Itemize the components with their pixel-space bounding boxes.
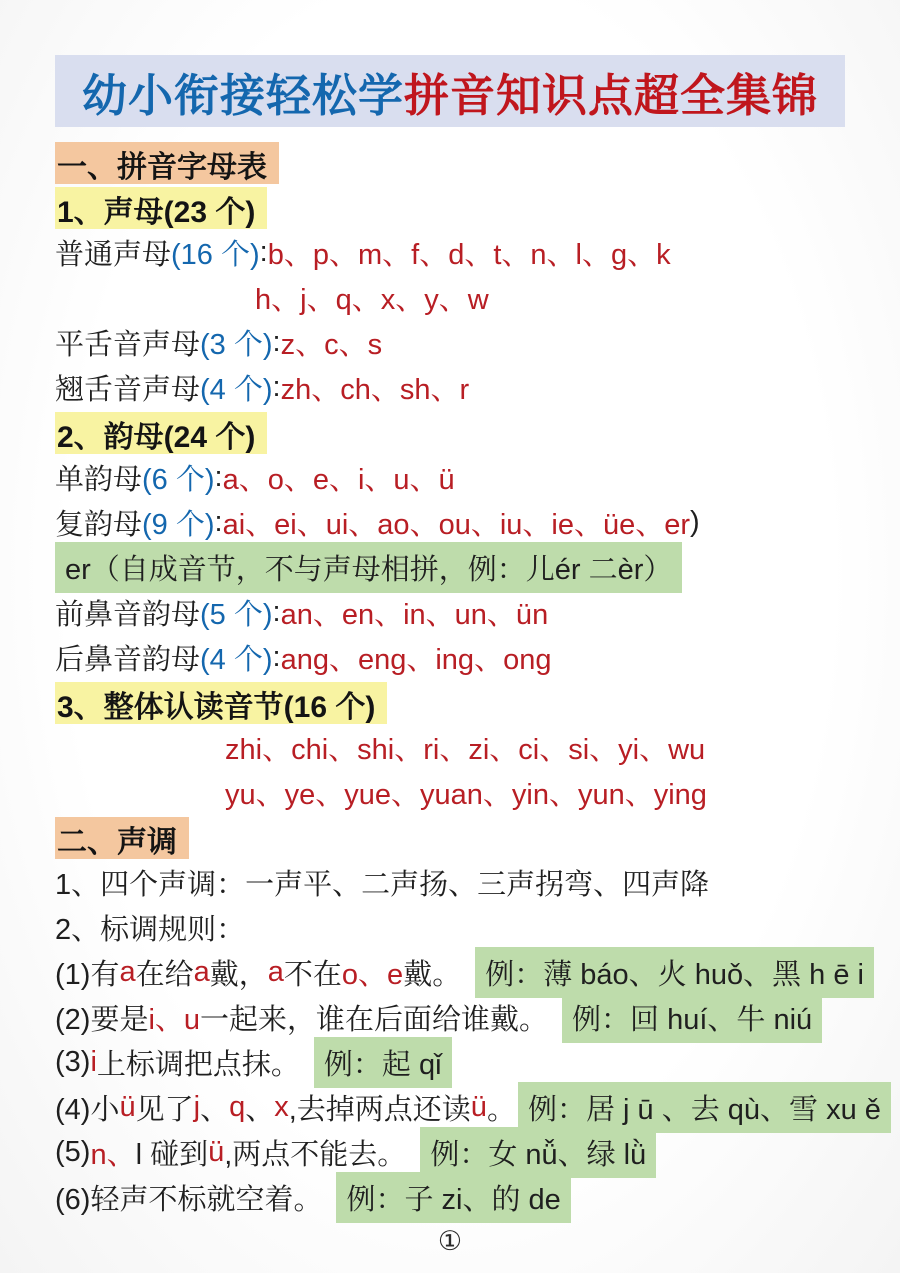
text-segment: : [273, 371, 281, 404]
content-line: 前鼻音韵母(5 个):an、en、in、un、ün [55, 590, 845, 635]
count-blue-segment: (4 个) [200, 367, 273, 408]
text-segment: 1、声母(23 个) [55, 187, 267, 229]
content-line: 1、四个声调：一声平、二声扬、三声拐弯、四声降 [55, 860, 845, 905]
title-part-red: 拼音知识点超全集锦 [404, 59, 818, 124]
content-line: h、j、q、x、y、w [255, 275, 845, 320]
text-segment: (1)有 [55, 952, 119, 993]
pinyin-red-segment: zhi、chi、shi、ri、zi、ci、si、yi、wu [225, 727, 705, 768]
text-segment: : [273, 326, 281, 359]
content-line: 后鼻音韵母(4 个):ang、eng、ing、ong [55, 635, 845, 680]
pinyin-red-segment: n、 [90, 1132, 135, 1173]
text-segment: 、 [200, 1087, 229, 1128]
pinyin-red-segment: a [268, 956, 284, 989]
pinyin-red-segment: yu、ye、yue、yuan、yin、yun、ying [225, 772, 707, 813]
count-blue-segment: (4 个) [200, 637, 273, 678]
text-segment: 二、声调 [55, 817, 189, 859]
example-highlight-box: 例：居 j ū 、去 qù、雪 xu ě [518, 1082, 891, 1133]
pinyin-red-segment: o、e [342, 952, 403, 993]
count-blue-segment: (6 个) [142, 457, 215, 498]
pinyin-red-segment: ai、ei、ui、ao、ou、iu、ie、üe、er [223, 502, 690, 543]
text-segment: : [260, 236, 268, 269]
content-line: 单韵母(6 个):a、o、e、i、u、ü [55, 455, 845, 500]
text-segment: 见了 [136, 1087, 194, 1128]
pinyin-red-segment: ang、eng、ing、ong [281, 637, 552, 678]
text-segment: 在给 [136, 952, 194, 993]
content-line: yu、ye、yue、yuan、yin、yun、ying [225, 770, 845, 815]
content-line: 平舌音声母(3 个):z、c、s [55, 320, 845, 365]
text-segment: (3) [55, 1046, 90, 1079]
text-segment: 、 [245, 1087, 274, 1128]
pinyin-red-segment: a、o、e、i、u、ü [223, 457, 455, 498]
content-line: 普通声母(16 个):b、p、m、f、d、t、n、l、g、k [55, 230, 845, 275]
example-highlight-box: 例：薄 báo、火 huǒ、黑 h ē i [475, 947, 874, 998]
content-line: 2、标调规则： [55, 905, 845, 950]
content-line: (4)小ü见了 j、q、x,去掉两点还读ü。例：居 j ū 、去 qù、雪 xu… [55, 1085, 845, 1130]
content-line: er（自成音节，不与声母相拼，例：儿ér 二èr） [55, 545, 845, 590]
text-segment: l 碰到 [136, 1132, 209, 1173]
example-highlight-box: 例：回 huí、牛 niú [562, 992, 822, 1043]
pinyin-red-segment: b、p、m、f、d、t、n、l、g、k [268, 232, 671, 273]
text-segment: 2、标调规则： [55, 907, 245, 948]
text-segment: : [215, 461, 223, 494]
section-heading: 一、拼音字母表 [55, 140, 845, 185]
text-segment: 戴， [210, 952, 268, 993]
text-segment: 上标调把点抹。 [97, 1042, 300, 1083]
text-segment: : [215, 506, 223, 539]
text-segment: 单韵母 [55, 457, 142, 498]
document-body: 一、拼音字母表1、声母(23 个)普通声母(16 个):b、p、m、f、d、t、… [55, 140, 845, 1220]
content-line: (1)有 a 在给 a 戴，a 不在 o、e 戴。例：薄 báo、火 huǒ、黑… [55, 950, 845, 995]
count-blue-segment: (3 个) [200, 322, 273, 363]
document-title-banner: 幼小衔接轻松学拼音知识点超全集锦 [55, 55, 845, 127]
pinyin-red-segment: an、en、in、un、ün [281, 592, 549, 633]
text-segment: (5) [55, 1136, 90, 1169]
document-page: 幼小衔接轻松学拼音知识点超全集锦 一、拼音字母表1、声母(23 个)普通声母(1… [0, 0, 900, 1273]
section-heading: 二、声调 [55, 815, 845, 860]
text-segment: 一、拼音字母表 [55, 142, 279, 184]
example-highlight-box: 例：起 qǐ [314, 1037, 452, 1088]
content-line: 复韵母(9 个):ai、ei、ui、ao、ou、iu、ie、üe、er) [55, 500, 845, 545]
pinyin-red-segment: ü [471, 1091, 487, 1124]
content-line: (5)n、l 碰到ü,两点不能去。例：女 nǚ、绿 lǜ [55, 1130, 845, 1175]
pinyin-red-segment: zh、ch、sh、r [281, 367, 470, 408]
section-heading: 3、整体认读音节(16 个) [55, 680, 845, 725]
text-segment: 翘舌音声母 [55, 367, 200, 408]
pinyin-red-segment: a [119, 956, 135, 989]
content-line: zhi、chi、shi、ri、zi、ci、si、yi、wu [225, 725, 845, 770]
content-line: (3)i 上标调把点抹。例：起 qǐ [55, 1040, 845, 1085]
content-line: (6)轻声不标就空着。例：子 zi、的 de [55, 1175, 845, 1220]
pinyin-red-segment: x [274, 1091, 289, 1124]
text-segment: 平舌音声母 [55, 322, 200, 363]
page-number: ① [0, 1226, 900, 1257]
text-segment: ) [690, 506, 700, 539]
text-segment: 不在 [284, 952, 342, 993]
example-highlight-box: 例：女 nǚ、绿 lǜ [420, 1127, 656, 1178]
pinyin-red-segment: ü [208, 1136, 224, 1169]
text-segment: 普通声母 [55, 232, 171, 273]
pinyin-red-segment: z、c、s [281, 322, 383, 363]
text-segment: 。 [487, 1087, 516, 1128]
count-blue-segment: (5 个) [200, 592, 273, 633]
text-segment: (2)要是 [55, 997, 148, 1038]
example-highlight-box: er（自成音节，不与声母相拼，例：儿ér 二èr） [55, 542, 682, 593]
content-line: 翘舌音声母(4 个):zh、ch、sh、r [55, 365, 845, 410]
pinyin-red-segment: q [229, 1091, 245, 1124]
text-segment: ,两点不能去。 [224, 1132, 406, 1173]
text-segment: (4)小 [55, 1087, 119, 1128]
text-segment: 一起来，谁在后面给谁戴。 [200, 997, 548, 1038]
title-part-blue: 幼小衔接轻松学 [82, 59, 404, 124]
text-segment: 1、四个声调：一声平、二声扬、三声拐弯、四声降 [55, 862, 709, 903]
text-segment: : [273, 596, 281, 629]
pinyin-red-segment: h、j、q、x、y、w [255, 277, 489, 318]
example-highlight-box: 例：子 zi、的 de [336, 1172, 570, 1223]
text-segment: (6)轻声不标就空着。 [55, 1177, 322, 1218]
pinyin-red-segment: a [194, 956, 210, 989]
text-segment: 2、韵母(24 个) [55, 412, 267, 454]
count-blue-segment: (16 个) [171, 232, 260, 273]
text-segment: 戴。 [403, 952, 461, 993]
count-blue-segment: (9 个) [142, 502, 215, 543]
section-heading: 2、韵母(24 个) [55, 410, 845, 455]
pinyin-red-segment: i、u [148, 997, 200, 1038]
content-line: (2)要是 i、u 一起来，谁在后面给谁戴。例：回 huí、牛 niú [55, 995, 845, 1040]
pinyin-red-segment: ü [119, 1091, 135, 1124]
text-segment: ,去掉两点还读 [289, 1087, 471, 1128]
text-segment: 后鼻音韵母 [55, 637, 200, 678]
text-segment: 复韵母 [55, 502, 142, 543]
section-heading: 1、声母(23 个) [55, 185, 845, 230]
text-segment: 前鼻音韵母 [55, 592, 200, 633]
text-segment: 3、整体认读音节(16 个) [55, 682, 387, 724]
text-segment: : [273, 641, 281, 674]
